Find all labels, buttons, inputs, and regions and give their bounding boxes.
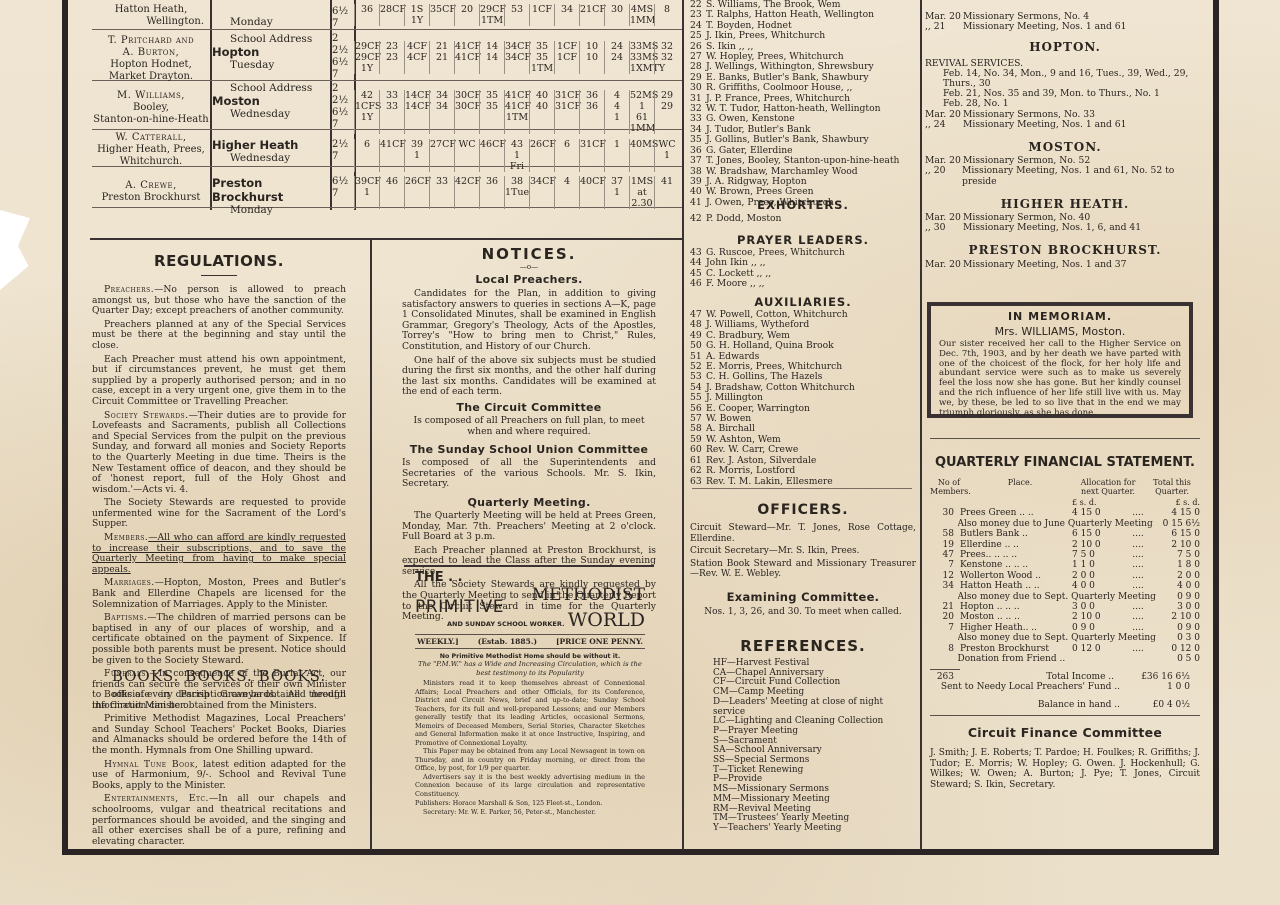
lsd-label: £ s. d. — [1072, 498, 1124, 508]
lsd-label: £ s. d. — [1152, 498, 1200, 508]
paragraph: Members.—All who can afford are kindly r… — [92, 533, 346, 575]
section-divider — [90, 238, 682, 240]
appointment-code: 1 — [605, 139, 629, 150]
paragraph: Primitive Methodist Magazines, Local Pre… — [92, 714, 346, 756]
paragraph-lead: Society Stewards. — [104, 410, 189, 421]
appointment-code: 36 — [480, 176, 504, 187]
advert-established: (Estab. 1885.) — [478, 637, 537, 646]
financial-row: 20Moston .. .. ..2 10 0....2 10 0 — [930, 612, 1200, 622]
preacher-name: W. Catterall, — [92, 132, 210, 144]
place-header: Place. — [968, 478, 1072, 496]
preacher-address: Booley, — [92, 102, 210, 114]
appointment-cells: 29CF29CF1Y23234CF4CF212141CF41CF141434CF… — [354, 41, 679, 74]
allocation-value: 0 12 0 — [1072, 644, 1124, 654]
allocation-value: 4 0 0 — [1072, 581, 1124, 591]
examining-committee-heading: Examining Committee. — [690, 590, 916, 604]
appointment-cell: 1CF1CF — [554, 41, 579, 74]
appointment-code: 26CF — [530, 139, 554, 150]
appointment-code: 2.30 — [630, 198, 654, 209]
appointment-cell: 29CF29CF1Y — [354, 41, 379, 74]
financial-row: 47Prees.. .. .. ..7 5 0....7 5 0 — [930, 550, 1200, 560]
service-text: Missionary Meeting, Nos. 1, 6, and 41 — [963, 223, 1141, 233]
members-count: 19 — [930, 540, 960, 550]
appointment-cell: 4CF4CF — [404, 41, 429, 74]
needy-fund-value: 1 0 0 — [1126, 682, 1190, 692]
spacer — [930, 498, 960, 508]
local-preachers-list: 22S. Williams, The Brook, Wem23T. Ralphs… — [690, 0, 916, 208]
service-date: ,, 24 — [925, 120, 963, 130]
financial-row: 8Preston Brockhurst0 12 0....0 12 0 — [930, 644, 1200, 654]
appointment-cell: 14CF14CF — [404, 90, 429, 134]
table-row: M. Williams, Booley, Stanton-on-hine-Hea… — [92, 82, 682, 130]
appointment-code: 1XMTY — [630, 63, 654, 74]
appointment-code: 1S — [405, 4, 429, 15]
place-name: Moston .. .. .. — [960, 612, 1072, 622]
balance-value: £0 4 0½ — [1126, 700, 1190, 710]
paragraph-text: Primitive Methodist Magazines, Local Pre… — [92, 713, 346, 756]
paragraph-text: —Their duties are to provide for Lovefea… — [92, 410, 346, 495]
members-count: 7 — [930, 623, 960, 633]
divider — [930, 438, 1200, 439]
financial-row: 12Wollerton Wood ..2 0 0....2 0 0 — [930, 571, 1200, 581]
appointment-code: 41CF — [380, 139, 404, 150]
preacher-address: Preston Brockhurst — [92, 192, 210, 204]
paragraph-text: Preachers planned at any of the Special … — [92, 319, 346, 351]
memoriam-heading: IN MEMORIAM. — [939, 310, 1181, 323]
service-time: 2 — [332, 83, 354, 95]
advert-subtitle: AND SUNDAY SCHOOL WORKER. — [415, 620, 564, 631]
advert-world: WORLD — [568, 609, 645, 631]
appointment-cell: 36 — [354, 4, 379, 26]
service-time: 2 — [332, 33, 354, 45]
appointment-code: 14CF — [405, 101, 429, 112]
appointment-code: 28CF — [380, 4, 404, 15]
regulations-text: Preachers.—No person is allowed to preac… — [92, 285, 346, 712]
total-value: 0 12 0 — [1152, 644, 1200, 654]
column-divider — [920, 0, 922, 850]
place-name: Hatton Heath .. .. — [960, 581, 1072, 591]
spacer — [1124, 498, 1152, 508]
appointment-code: 40MS — [630, 139, 654, 150]
appointment-code: 4CF — [405, 52, 429, 63]
place-subtitle: School Address — [212, 33, 330, 45]
note-text: Donation from Friend .. — [958, 654, 1157, 664]
appointment-code: 35CF — [430, 4, 454, 15]
leader-dots: .... — [1124, 529, 1152, 539]
service-time: 2½ — [332, 139, 354, 151]
leader-dots: .... — [1124, 581, 1152, 591]
total-value: 6 15 0 — [1152, 529, 1200, 539]
appointment-cell: 371 — [604, 176, 629, 209]
appointment-cells: 39CF14626CF3342CF36381Tue34CF440CF3711MS… — [354, 176, 679, 209]
appointment-code: 1Y — [355, 112, 379, 123]
appointment-code: 14CF — [405, 90, 429, 101]
appointment-code: 31CF — [580, 139, 604, 150]
plan-document: Hatton Heath,Wellington. Monday 6½7 3628… — [0, 0, 1280, 905]
appointment-code: 34CF — [505, 41, 529, 52]
appointment-code: 1Tue — [505, 187, 529, 198]
officers-heading: OFFICERS. — [690, 502, 916, 518]
appointment-cell: 26CF — [404, 176, 429, 209]
allocation-value: 7 5 0 — [1072, 550, 1124, 560]
hatton-heath-services: Mar. 20Missionary Sermons, No. 4,, 21Mis… — [925, 12, 1205, 32]
appointment-cell: 1MSat2.30 — [629, 176, 654, 209]
appointment-code: 30 — [605, 4, 629, 15]
item-name: T. Jones, Booley, Stanton-upon-hine-heat… — [706, 156, 899, 166]
allocation-value: 4 15 0 — [1072, 508, 1124, 518]
appointment-cell: 2121 — [429, 41, 454, 74]
torn-corner — [0, 210, 30, 290]
financial-row: 19Ellerdine .. ..2 10 0....2 10 0 — [930, 540, 1200, 550]
allocation-value: 2 10 0 — [1072, 540, 1124, 550]
appointment-cell: 33MS33MS1XMTY — [629, 41, 654, 74]
appointment-code: 39 — [405, 139, 429, 150]
advert-paragraph: Advertisers say it is the best weekly ad… — [415, 773, 645, 799]
service-date: ,, 30 — [925, 223, 963, 233]
memoriam-text: Our sister received her call to the High… — [939, 340, 1181, 418]
reference-item: Y—Teachers' Yearly Meeting — [713, 824, 913, 834]
members-count: 12 — [930, 571, 960, 581]
appointment-code: 1 — [605, 187, 629, 198]
members-count — [930, 633, 958, 643]
paragraph: Hymnal Tune Book, latest edition adapted… — [92, 760, 346, 792]
appointment-code: 1 — [630, 101, 654, 112]
advert-the: THE . . — [415, 570, 645, 585]
appointment-code: 1 — [405, 150, 429, 161]
prayer-leaders-heading: PRAYER LEADERS. — [690, 233, 916, 247]
leader-dots: .... — [1124, 623, 1152, 633]
appointment-code: 20 — [455, 4, 479, 15]
preacher-address: Whitchurch. — [92, 156, 210, 168]
service-entry: ,, 20Missionary Meeting, Nos. 1 and 61, … — [925, 166, 1205, 186]
appointment-code: 35 — [480, 90, 504, 101]
place-day: Monday — [212, 204, 330, 216]
appointment-code: 46 — [380, 176, 404, 187]
item-name: R. Morris, Lostford — [706, 466, 795, 476]
appointment-cell: 2424 — [604, 41, 629, 74]
service-time: 7 — [332, 69, 354, 81]
frame-border-left — [62, 0, 68, 855]
appointment-code: 1TM — [505, 112, 529, 123]
appointment-code: 35 — [530, 52, 554, 63]
total-value: 2 10 0 — [1152, 540, 1200, 550]
members-count — [930, 654, 958, 664]
paragraph-lead: Members. — [104, 532, 148, 543]
paragraph: Each Preacher must attend his own appoin… — [92, 355, 346, 408]
appointment-code: 4MS — [630, 4, 654, 15]
service-time: 2½ — [332, 45, 354, 57]
appointment-cell: 35CF — [429, 4, 454, 26]
table-row: A. Crewe, Preston Brockhurst Preston Bro… — [92, 168, 682, 208]
financial-row: Donation from Friend ..0 5 0 — [930, 654, 1200, 664]
paragraph: Society Stewards.—Their duties are to pr… — [92, 411, 346, 496]
book-steward: Station Book Steward and Missionary Trea… — [690, 559, 916, 580]
financial-row: 21Hopton .. .. ..3 0 0....3 0 0 — [930, 602, 1200, 612]
paragraph-text: The Society Stewards are requested to pr… — [92, 497, 346, 529]
appointment-code: 52MS — [630, 90, 654, 101]
primitive-methodist-world-advert: THE . . PRIMITIVE METHODIST AND SUNDAY S… — [415, 570, 645, 817]
appointment-cell: 40CF — [579, 176, 604, 209]
appointment-code: 34 — [430, 101, 454, 112]
financial-row: Also money due to June Quarterly Meeting… — [930, 519, 1200, 529]
service-text: Missionary Meeting, Nos. 1 and 61 — [963, 120, 1126, 130]
notice-paragraph: The Quarterly Meeting will be held at Pr… — [402, 511, 656, 543]
spacer — [960, 498, 1072, 508]
place-day: Monday — [212, 16, 330, 28]
revival-line: Feb. 14, No. 34, Mon., 9 and 16, Tues., … — [925, 69, 1205, 89]
appointment-cell: 35351TM — [529, 41, 554, 74]
place-name: Moston — [212, 94, 330, 108]
appointment-cell: 31CF31CF — [554, 90, 579, 134]
exhorters-heading: EXHORTERS. — [690, 198, 916, 212]
preston-brockhurst-heading: PRESTON BROCKHURST. — [925, 245, 1205, 255]
service-entry: Mar. 20Missionary Meeting, Nos. 1 and 37 — [925, 260, 1205, 270]
appointment-code: 29CF — [355, 41, 379, 52]
advert-primitive: PRIMITIVE — [415, 597, 504, 617]
list-item: 42P. Dodd, Moston — [690, 214, 916, 224]
service-time: 6½ — [332, 107, 354, 119]
paragraph: Preachers planned at any of the Special … — [92, 320, 346, 352]
appointment-code: 61 — [630, 112, 654, 123]
appointment-cell: 28CF — [379, 4, 404, 26]
appointment-code: 1MM — [630, 15, 654, 26]
item-number: 46 — [690, 279, 706, 289]
appointment-cell: 1CF — [529, 4, 554, 26]
sunday-school-text: Is composed of all the Superintendents a… — [402, 458, 656, 490]
circuit-steward: Circuit Steward—Mr. T. Jones, Rose Cotta… — [690, 523, 916, 544]
appointment-code: 4 — [605, 101, 629, 112]
paragraph: Books of every description can be obtain… — [92, 690, 346, 711]
moston-heading: MOSTON. — [925, 142, 1205, 152]
appointment-code: 40 — [530, 101, 554, 112]
paragraph: Baptisms.—The children of married person… — [92, 613, 346, 666]
appointment-code: 41CF — [455, 41, 479, 52]
appointment-code: 1CF — [555, 52, 579, 63]
references-heading: REFERENCES. — [690, 637, 916, 655]
hopton-heading: HOPTON. — [925, 42, 1205, 52]
appointment-code: 21 — [430, 52, 454, 63]
appointment-code: 34 — [430, 90, 454, 101]
note-text: Also money due to Sept. Quarterly Meetin… — [958, 633, 1157, 643]
appointment-code: 34CF — [530, 176, 554, 187]
place-name: Ellerdine .. .. — [960, 540, 1072, 550]
appointment-code: 4 — [555, 176, 579, 187]
appointment-cell: 29CF1TM — [479, 4, 504, 26]
members-count — [930, 592, 958, 602]
appointment-code: 29 — [655, 101, 679, 112]
total-value: 0 9 0 — [1152, 623, 1200, 633]
service-entry: ,, 30Missionary Meeting, Nos. 1, 6, and … — [925, 223, 1205, 233]
members-count: 20 — [930, 612, 960, 622]
appointment-cell: 46 — [379, 176, 404, 209]
total-income-value: £36 16 6½ — [1120, 672, 1190, 682]
appointment-cell: 3333 — [379, 90, 404, 134]
appointment-code: 29CF — [480, 4, 504, 15]
list-item: 63Rev. T. M. Lakin, Ellesmere — [690, 477, 916, 487]
circuit-committee-heading: The Circuit Committee — [402, 401, 656, 414]
place-name: Preston Brockhurst — [212, 176, 330, 204]
members-count: 58 — [930, 529, 960, 539]
appointment-cell: 8 — [654, 4, 679, 26]
allocation-value: 2 0 0 — [1072, 571, 1124, 581]
total-value: 4 15 0 — [1152, 508, 1200, 518]
appointment-cell: 3535 — [479, 90, 504, 134]
place-day: Tuesday — [212, 59, 330, 71]
appointment-code: 10 — [580, 52, 604, 63]
appointment-code: 29 — [655, 90, 679, 101]
place-name: Higher Heath — [212, 138, 330, 152]
appointment-code: 46CF — [480, 139, 504, 150]
total-value: 0 9 0 — [1157, 592, 1200, 602]
service-entry: ,, 24Missionary Meeting, Nos. 1 and 61 — [925, 120, 1205, 130]
financial-rows: £ s. d.£ s. d.30Prees Green .. ..4 15 0.… — [930, 498, 1200, 665]
appointment-cell: 20 — [454, 4, 479, 26]
advert-circulation: The "P.M.W." has a Wide and Increasing C… — [415, 660, 645, 677]
preacher-name: A. Burton, — [92, 47, 210, 59]
appointment-cell: 381Tue — [504, 176, 529, 209]
total-value: 1 8 0 — [1152, 560, 1200, 570]
total-value: 4 0 0 — [1152, 581, 1200, 591]
place-day: Wednesday — [212, 108, 330, 120]
paragraph: Entertainments, Etc.—In all our chapels … — [92, 794, 346, 847]
financial-row: Also money due to Sept. Quarterly Meetin… — [930, 592, 1200, 602]
preacher-address: Higher Heath, Prees, — [92, 144, 210, 156]
reference-item: D—Leaders' Meeting at close of night ser… — [713, 698, 913, 717]
regulations-heading: REGULATIONS. — [92, 252, 346, 270]
appointment-cell: 34 — [554, 4, 579, 26]
leader-dots: .... — [1124, 644, 1152, 654]
appointment-code: 30CF — [455, 90, 479, 101]
appointment-code: 38 — [505, 176, 529, 187]
appointment-cell: 41CF41CF1TM — [504, 90, 529, 134]
appointment-cell: 41CF41CF — [454, 41, 479, 74]
auxiliaries-heading: AUXILIARIES. — [690, 295, 916, 309]
appointment-cell: 4MS1MM — [629, 4, 654, 26]
appointment-code: 10 — [580, 41, 604, 52]
members-header: No of Members. — [930, 478, 968, 496]
sunday-school-heading: The Sunday School Union Committee — [402, 443, 656, 456]
place-name: Wollerton Wood .. — [960, 571, 1072, 581]
appointment-cell: 42CF — [454, 176, 479, 209]
auxiliaries-list: 47W. Powell, Cotton, Whitchurch48J. Will… — [690, 310, 916, 487]
financial-table: No of Members. Place. Allocation for nex… — [930, 478, 1200, 711]
allocation-header: Allocation for next Quarter. — [1072, 478, 1144, 496]
appointment-code: 33 — [380, 101, 404, 112]
paragraph-lead: Baptisms. — [104, 612, 147, 623]
financial-statement-heading: QUARTERLY FINANCIAL STATEMENT. — [925, 455, 1205, 470]
item-name: Rev. T. M. Lakin, Ellesmere — [706, 477, 833, 487]
advert-body: Ministers read it to keep themselves abr… — [415, 679, 645, 798]
prayer-leaders-list: 43G. Ruscoe, Prees, Whitchurch44John Iki… — [690, 248, 916, 290]
service-time: 6½ — [332, 6, 354, 18]
place-day: Wednesday — [212, 152, 330, 164]
frame-border-right — [1213, 0, 1219, 855]
appointment-code: 1 — [355, 187, 379, 198]
service-time: 6½ — [332, 176, 354, 188]
column-divider — [682, 0, 684, 850]
column-divider — [370, 240, 372, 850]
appointment-cell: 3434 — [429, 90, 454, 134]
note-text: Also money due to June Quarterly Meeting — [958, 519, 1157, 529]
place-name: Hopton — [212, 45, 330, 59]
appointment-code: 42CF — [455, 176, 479, 187]
finance-committee-heading: Circuit Finance Committee — [930, 725, 1200, 740]
appointment-cell: 421CFS1Y — [354, 90, 379, 134]
list-item: 62R. Morris, Lostford — [690, 466, 916, 476]
table-row: W. Catterall, Higher Heath, Prees, Whitc… — [92, 131, 682, 167]
paragraph: The Society Stewards are requested to pr… — [92, 498, 346, 530]
appointment-code: 32 — [655, 41, 679, 52]
preaching-plan-table: Hatton Heath,Wellington. Monday 6½7 3628… — [92, 0, 682, 210]
members-count: 47 — [930, 550, 960, 560]
appointment-cell: 3232 — [654, 41, 679, 74]
allocation-value: 3 0 0 — [1072, 602, 1124, 612]
appointment-code: 31CF — [555, 90, 579, 101]
financial-row: 30Prees Green .. ..4 15 0....4 15 0 — [930, 508, 1200, 518]
paragraph-text: Each Preacher must attend his own appoin… — [92, 354, 346, 407]
appointment-code: 42 — [355, 90, 379, 101]
quarterly-meeting-heading: Quarterly Meeting. — [402, 496, 656, 509]
divider — [930, 715, 1200, 716]
circuit-committee-text: Is composed of all Preachers on full pla… — [402, 416, 656, 437]
leader-dots: .... — [1124, 560, 1152, 570]
advert-secretary: Secretary: Mr. W. E. Parker, 56, Peter-s… — [415, 809, 645, 818]
allocation-value: 6 15 0 — [1072, 529, 1124, 539]
service-time: 2½ — [332, 95, 354, 107]
appointment-cell: 1010 — [579, 41, 604, 74]
appointment-code: 1 — [655, 150, 679, 161]
lsd-header: £ s. d.£ s. d. — [930, 498, 1200, 508]
service-time: 6½ — [332, 57, 354, 69]
appointment-cell: 34CF — [529, 176, 554, 209]
place-name: Higher Heath.. .. — [960, 623, 1072, 633]
members-count: 7 — [930, 560, 960, 570]
appointment-cell: 52MS1611MM — [629, 90, 654, 134]
circuit-secretary: Circuit Secretary—Mr. S. Ikin, Prees. — [690, 546, 916, 557]
total-value: 0 5 0 — [1157, 654, 1200, 664]
list-item: 37T. Jones, Booley, Stanton-upon-hine-he… — [690, 156, 916, 166]
appointment-code: 32 — [655, 52, 679, 63]
place-subtitle: School Address — [212, 82, 330, 94]
finance-committee: Circuit Finance Committee J. Smith; J. E… — [930, 725, 1200, 790]
appointment-code: 36 — [580, 101, 604, 112]
preston-brockhurst-services: Mar. 20Missionary Meeting, Nos. 1 and 37 — [925, 260, 1205, 270]
members-count: 8 — [930, 644, 960, 654]
appointment-cell: 30CF30CF — [454, 90, 479, 134]
balance-label: Balance in hand .. — [930, 700, 1126, 710]
appointment-code: 23 — [380, 52, 404, 63]
advert-paragraph: Ministers read it to keep themselves abr… — [415, 679, 645, 747]
allocation-value: 1 1 0 — [1072, 560, 1124, 570]
financial-row: 7Kenstone .. .. ..1 1 0....1 8 0 — [930, 560, 1200, 570]
divider — [930, 669, 960, 670]
books-heading: BOOKS. BOOKS. BOOKS. — [92, 667, 346, 685]
allocation-value: 2 10 0 — [1072, 612, 1124, 622]
ornament-divider: —o— — [402, 263, 656, 271]
appointment-cells: 3628CF1S1Y35CF2029CF1TM531CF3421CF304MS1… — [354, 4, 679, 26]
appointment-code: 4 — [605, 90, 629, 101]
appointment-code: 41 — [655, 176, 679, 187]
item-name: P. Dodd, Moston — [706, 214, 781, 224]
appointment-code: 36 — [355, 4, 379, 15]
appointment-code: 1CFS — [355, 101, 379, 112]
appointment-code: 1Y — [405, 15, 429, 26]
appointment-code: 29CF — [355, 52, 379, 63]
total-members: 263 — [930, 672, 960, 682]
appointment-code: 1TM — [530, 63, 554, 74]
higher-heath-services: Mar. 20Missionary Sermon, No. 40,, 30Mis… — [925, 213, 1205, 233]
appointment-code: 1CF — [555, 41, 579, 52]
